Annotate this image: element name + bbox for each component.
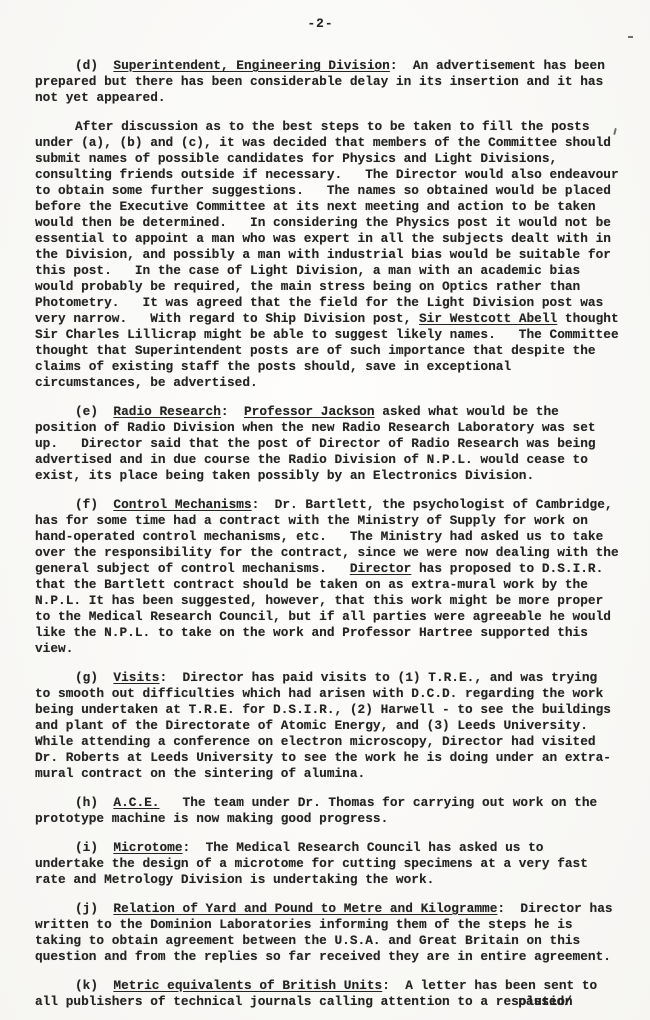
para-label: (h)	[75, 795, 113, 810]
para-heading: Metric equivalents of British Units	[113, 978, 382, 993]
para-heading: Relation of Yard and Pound to Metre and …	[113, 901, 497, 916]
para-text: :	[221, 404, 244, 419]
para-heading: Superintendent, Engineering Division	[113, 58, 389, 73]
para-label: (i)	[75, 840, 113, 855]
paragraph-f: (f) Control Mechanisms: Dr. Bartlett, th…	[35, 497, 620, 657]
catchword-passed: passed/	[518, 994, 572, 1010]
para-heading: A.C.E.	[113, 795, 159, 810]
para-label: (e)	[75, 404, 113, 419]
para-text: : Director has paid visits to (1) T.R.E.…	[35, 670, 619, 781]
para-label: (j)	[75, 901, 113, 916]
para-heading: Visits	[113, 670, 159, 685]
paragraph-h: (h) A.C.E. The team under Dr. Thomas for…	[35, 795, 620, 827]
page-number: -2-	[35, 16, 606, 32]
person-name: Sir Westcott Abell	[419, 311, 557, 326]
para-label: (k)	[75, 978, 113, 993]
paragraph-j: (j) Relation of Yard and Pound to Metre …	[35, 901, 620, 965]
para-label: (d)	[75, 58, 113, 73]
paragraph-d: (d) Superintendent, Engineering Division…	[35, 58, 620, 106]
ink-speck	[628, 36, 633, 38]
para-label: (g)	[75, 670, 113, 685]
paragraph-g: (g) Visits: Director has paid visits to …	[35, 670, 620, 782]
person-name: Director	[350, 561, 411, 576]
paragraph-i: (i) Microtome: The Medical Research Coun…	[35, 840, 620, 888]
para-label: (f)	[75, 497, 113, 512]
para-heading: Control Mechanisms	[113, 497, 251, 512]
person-name: Professor Jackson	[244, 404, 375, 419]
ink-speck	[352, 953, 354, 955]
paragraph-intro: After discussion as to the best steps to…	[35, 119, 620, 391]
paragraph-e: (e) Radio Research: Professor Jackson as…	[35, 404, 620, 484]
para-heading: Microtome	[113, 840, 182, 855]
document-page: -2- (d) Superintendent, Engineering Divi…	[0, 0, 650, 1020]
para-text: After discussion as to the best steps to…	[35, 119, 626, 326]
para-heading: Radio Research	[113, 404, 221, 419]
